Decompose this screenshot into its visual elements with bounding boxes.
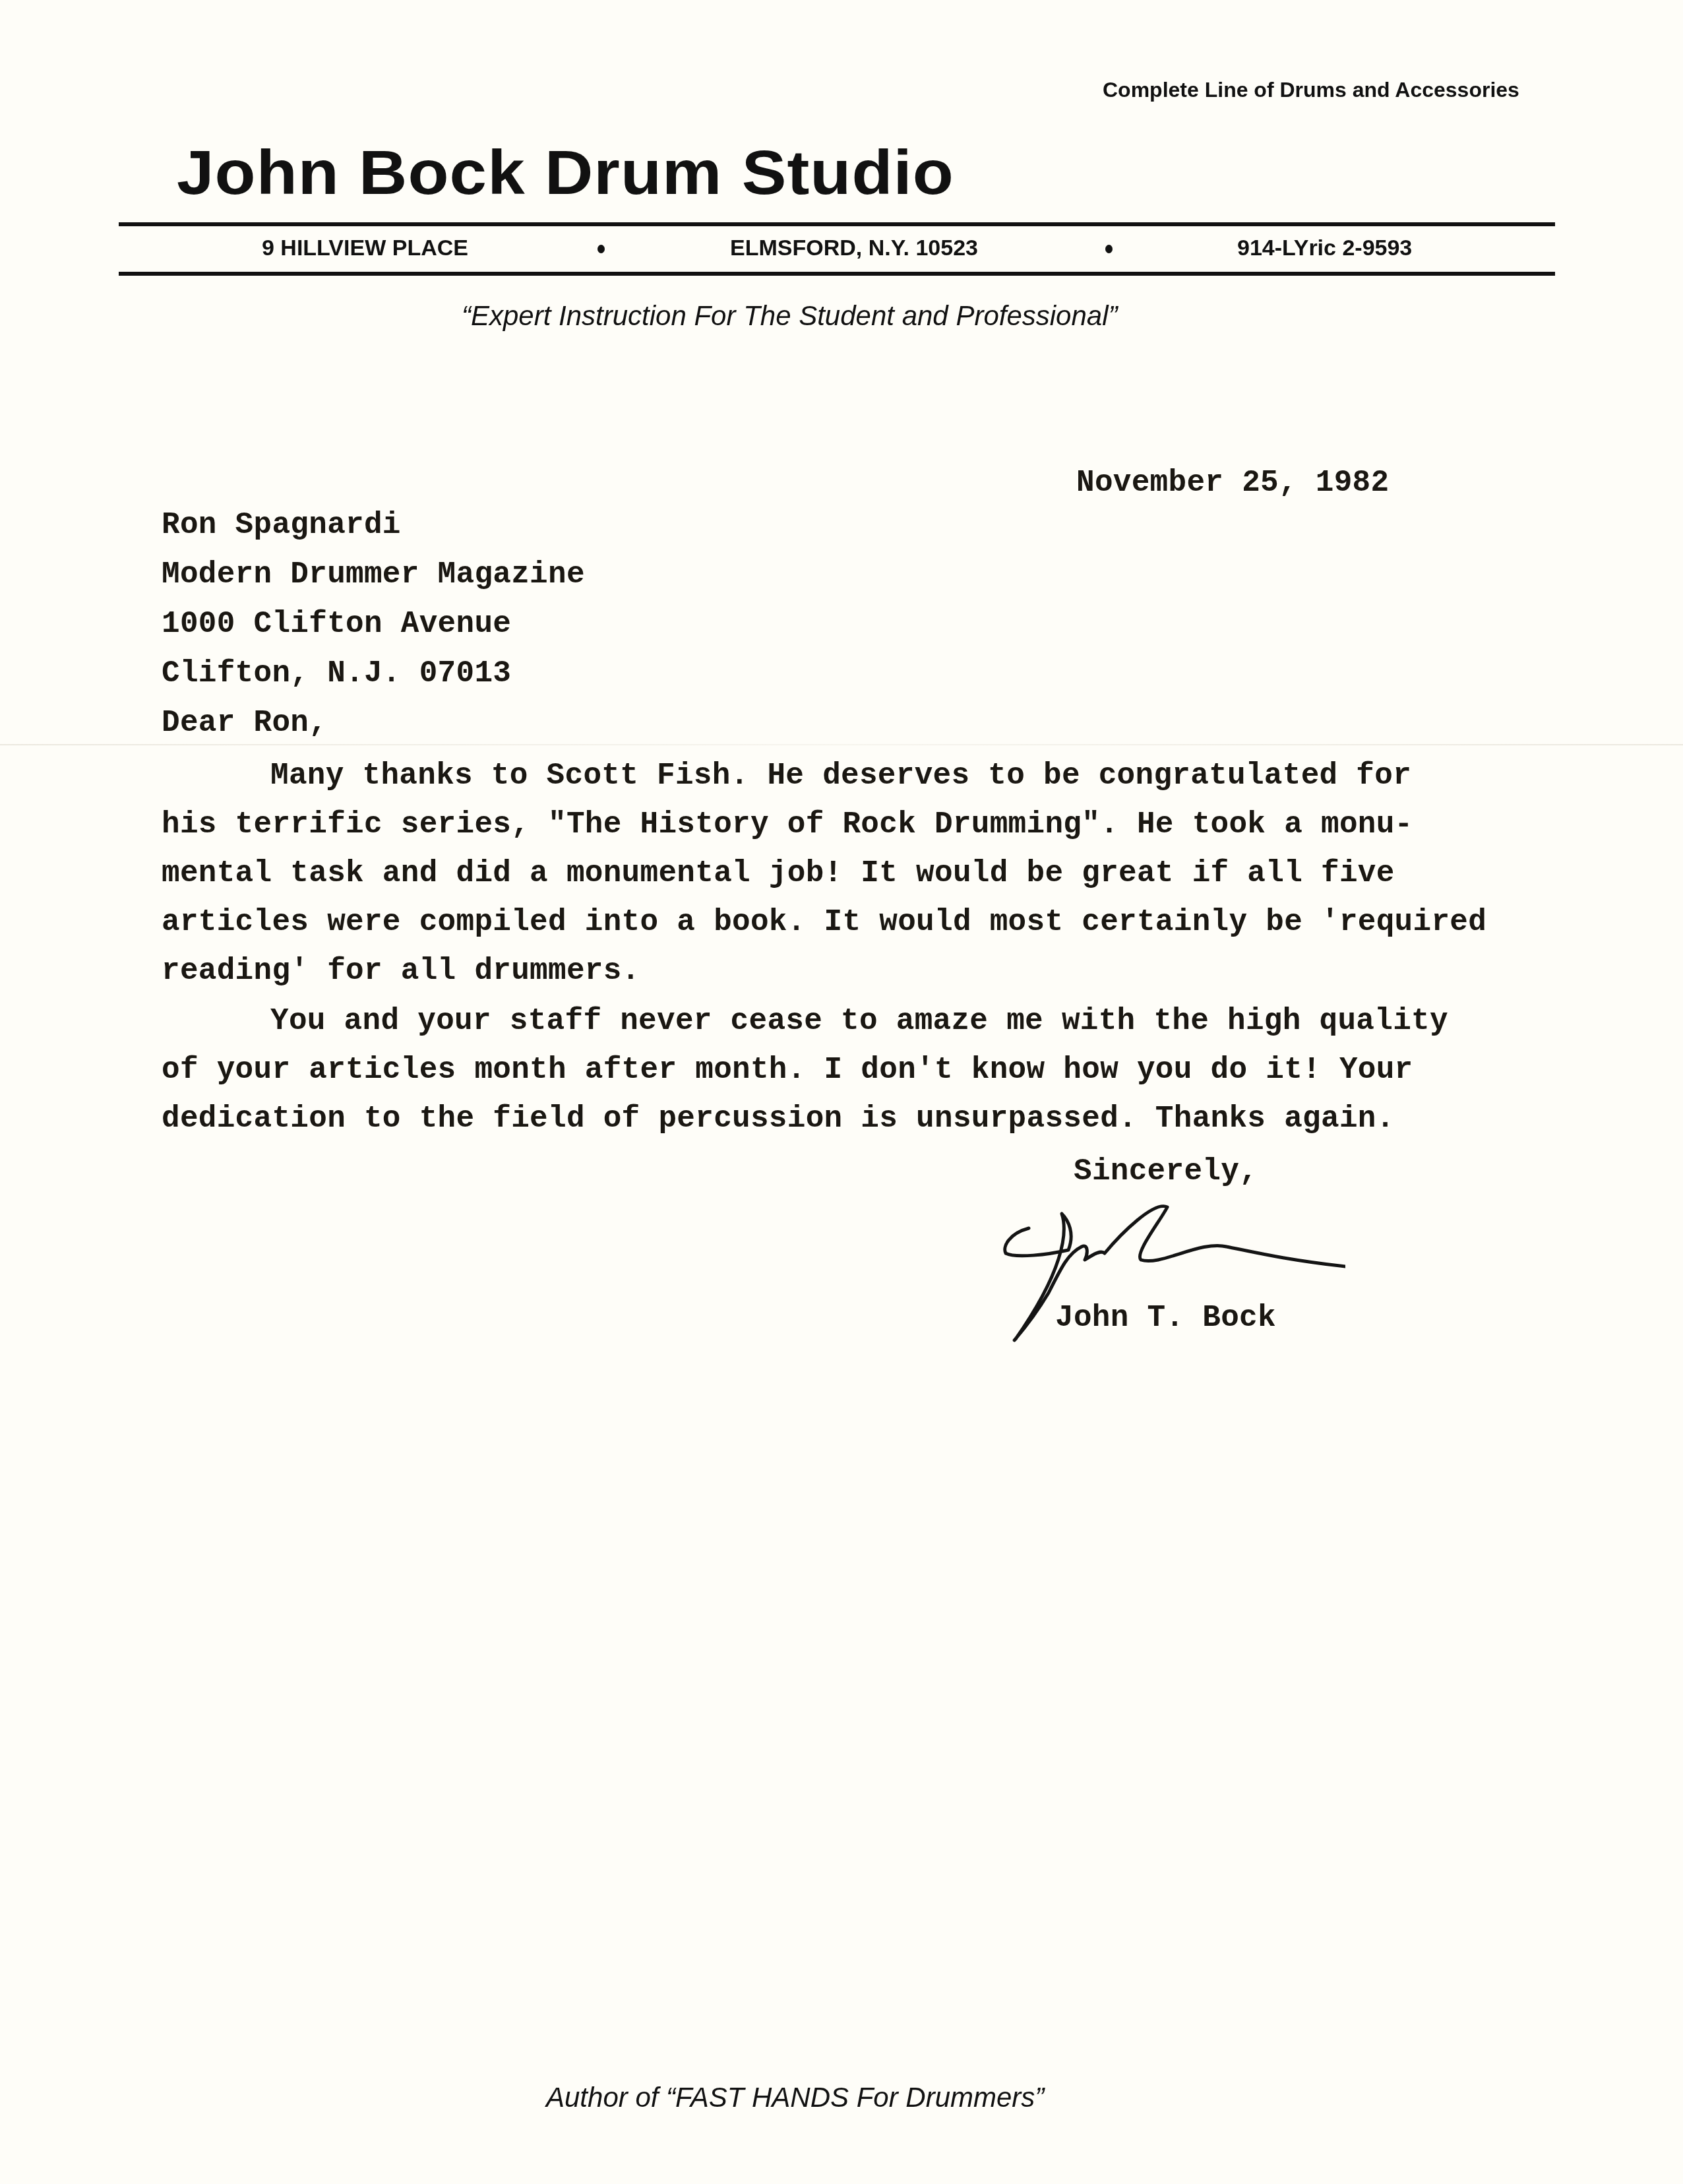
letterhead-address-street: 9 HILLVIEW PLACE — [262, 235, 468, 261]
body-line: of your articles month after month. I do… — [162, 1053, 1413, 1087]
body-line: Many thanks to Scott Fish. He deserves t… — [270, 759, 1411, 793]
body-line: dedication to the field of percussion is… — [162, 1102, 1395, 1136]
body-line: his terrific series, "The History of Roc… — [162, 807, 1413, 842]
body-line: mental task and did a monumental job! It… — [162, 856, 1395, 890]
letterhead-address-city: ELMSFORD, N.Y. 10523 — [730, 235, 978, 261]
body-line: articles were compiled into a book. It w… — [162, 905, 1486, 939]
letter-date: November 25, 1982 — [1076, 466, 1389, 500]
bullet-separator — [597, 245, 605, 253]
letterhead-motto: “Expert Instruction For The Student and … — [462, 300, 1118, 332]
letterhead-phone: 914-LYric 2-9593 — [1237, 235, 1412, 261]
letter-salutation: Dear Ron, — [162, 706, 327, 740]
signer-name: John T. Bock — [1055, 1301, 1276, 1335]
body-line: You and your staff never cease to amaze … — [270, 1004, 1448, 1038]
letterhead-studio-name: John Bock Drum Studio — [177, 137, 954, 208]
paper-fold-crease — [0, 744, 1683, 745]
letterhead-footer: Author of “FAST HANDS For Drummers” — [546, 2082, 1044, 2113]
bullet-separator — [1105, 245, 1113, 253]
recipient-organization: Modern Drummer Magazine — [162, 557, 585, 592]
recipient-street: 1000 Clifton Avenue — [162, 607, 511, 641]
recipient-name: Ron Spagnardi — [162, 508, 401, 542]
recipient-city: Clifton, N.J. 07013 — [162, 656, 511, 691]
letterhead-rule-top — [119, 222, 1555, 226]
letter-closing: Sincerely, — [1074, 1154, 1258, 1189]
letterhead-tagline: Complete Line of Drums and Accessories — [1103, 78, 1519, 102]
letterhead-rule-bottom — [119, 272, 1555, 276]
body-line: reading' for all drummers. — [162, 954, 640, 988]
